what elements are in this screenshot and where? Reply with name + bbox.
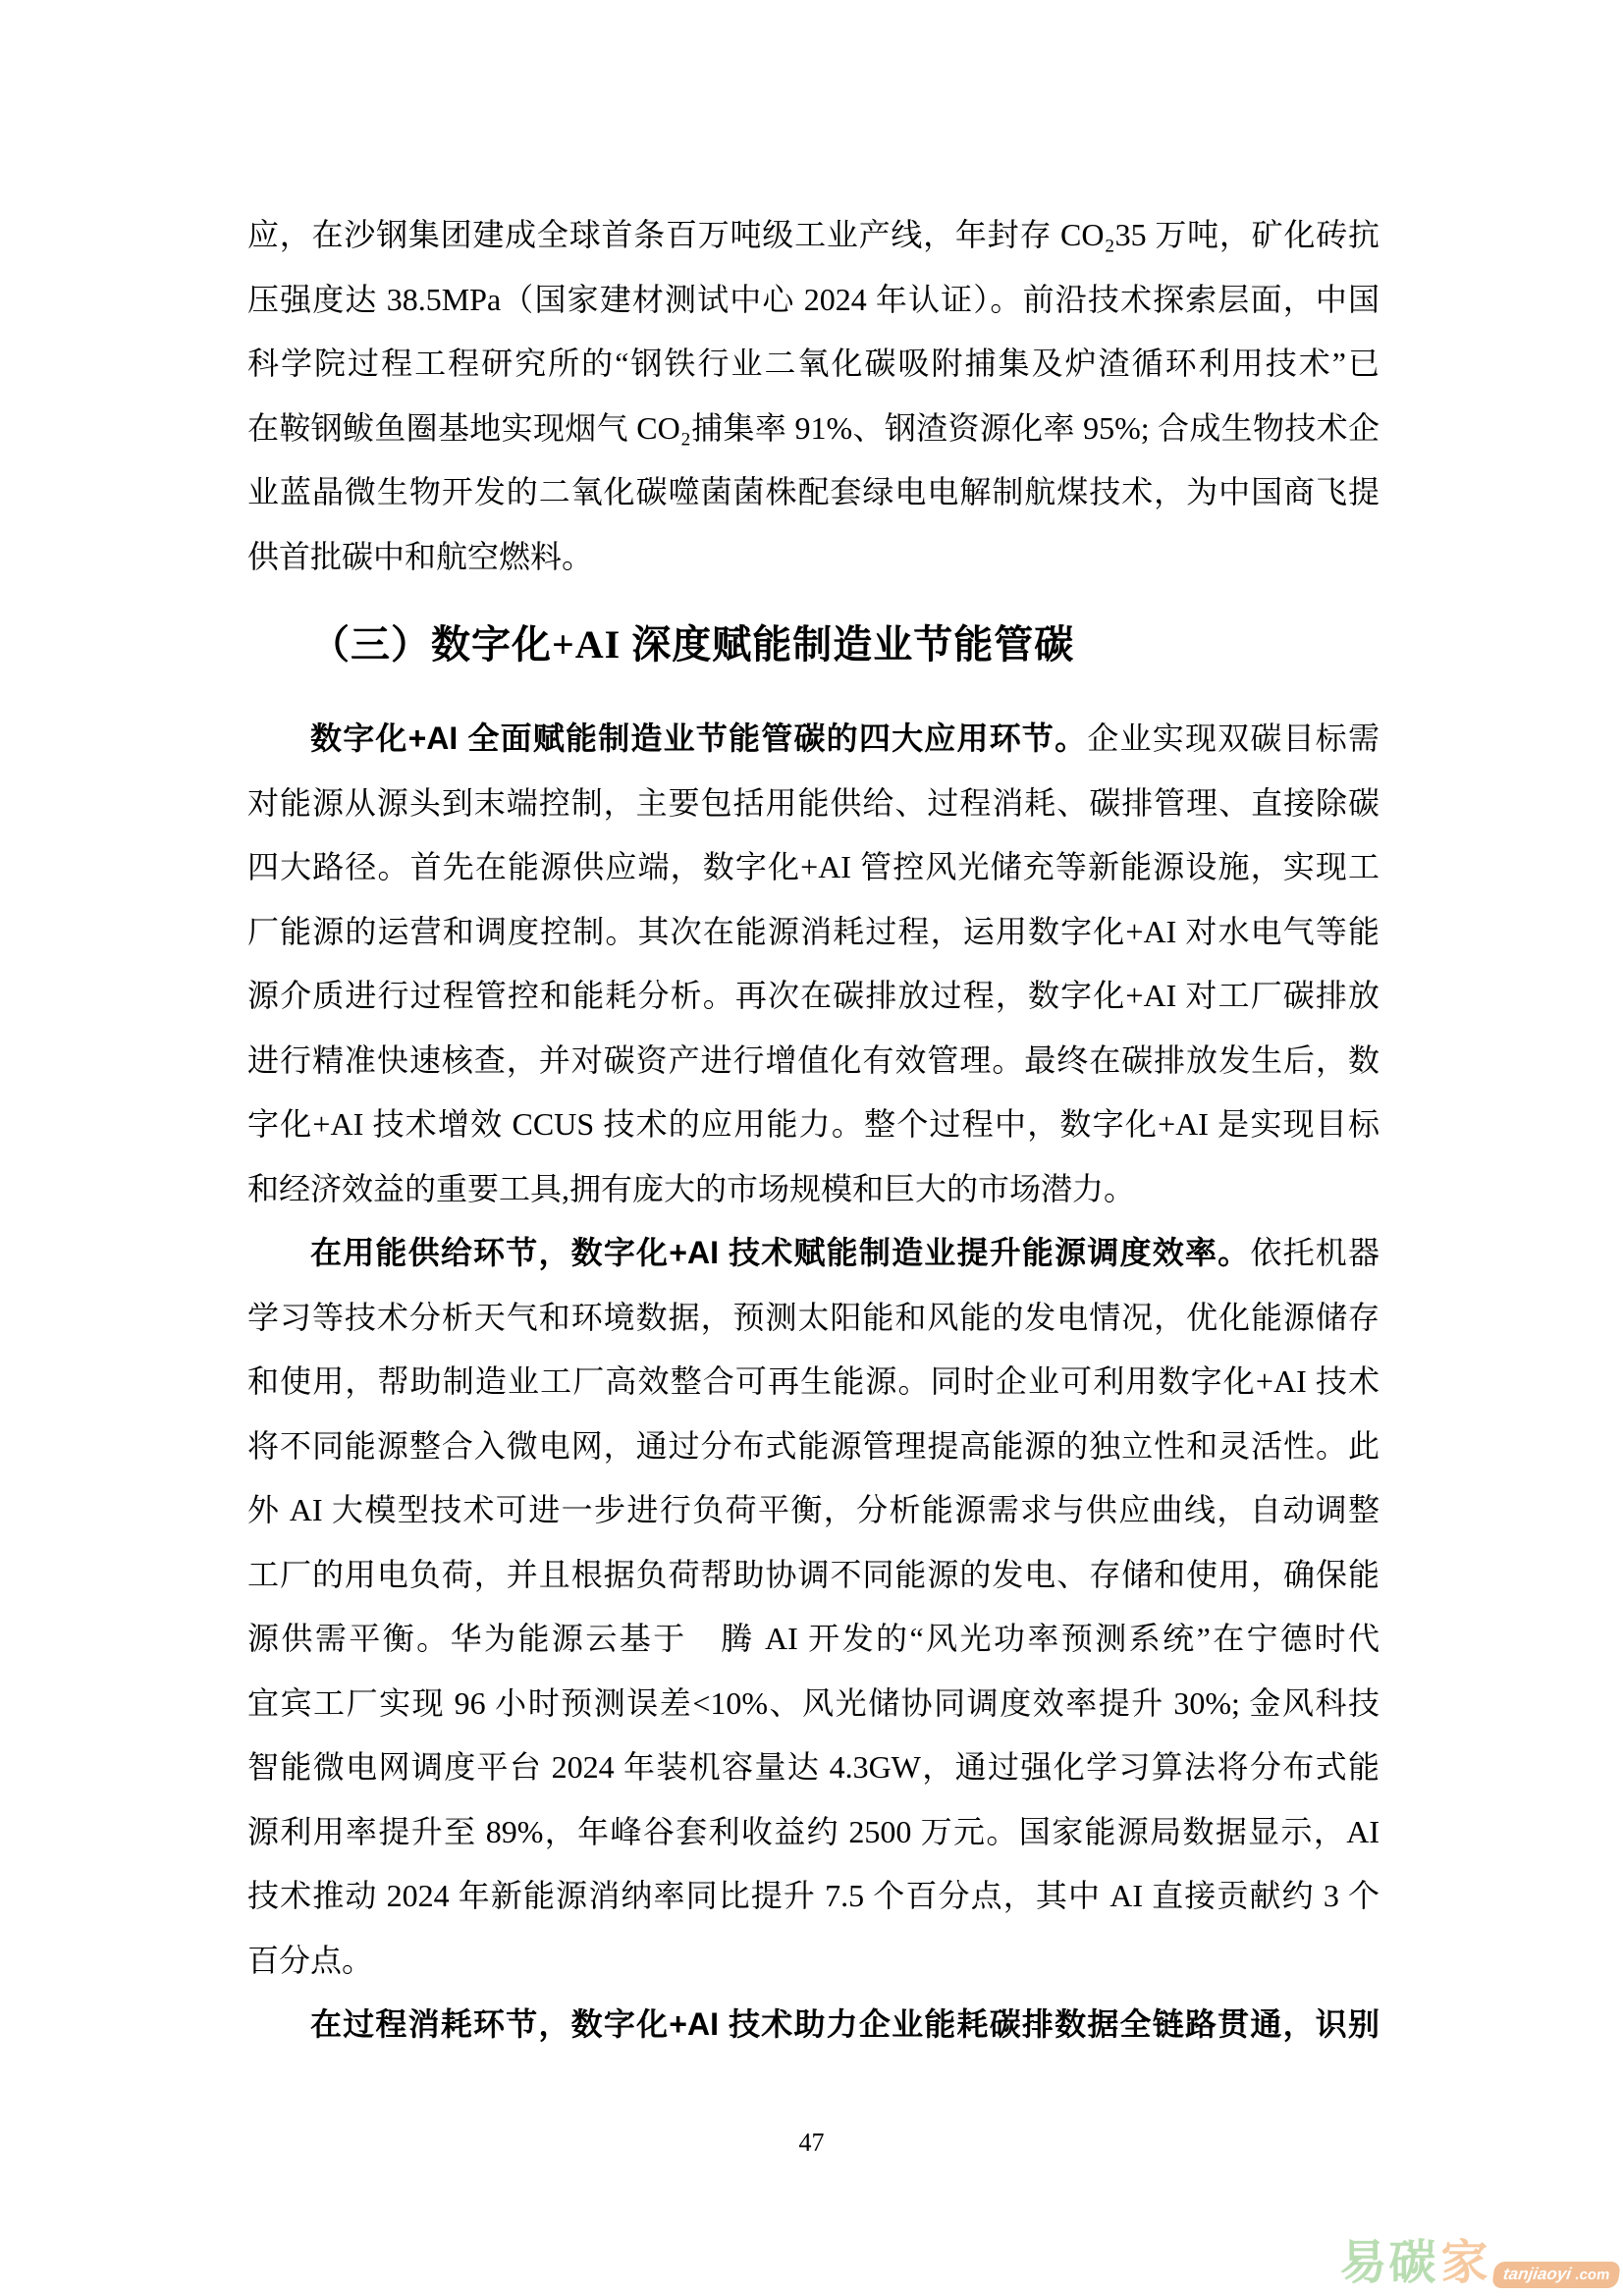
text-line: 压强度达 38.5MPa（国家建材测试中心 2024 年认证）。前沿技术探索层面… — [247, 268, 1380, 333]
text-line: 四大路径。首先在能源供应端，数字化+AI 管控风光储充等新能源设施，实现工 — [247, 835, 1380, 900]
paragraph-2: 数字化+AI 全面赋能制造业节能管碳的四大应用环节。企业实现双碳目标需 对能源从… — [247, 707, 1380, 1221]
text-line: 学习等技术分析天气和环境数据，预测太阳能和风能的发电情况，优化能源储存 — [247, 1286, 1380, 1351]
text-line: 厂能源的运营和调度控制。其次在能源消耗过程，运用数字化+AI 对水电气等能 — [247, 900, 1380, 965]
text-line: 外 AI 大模型技术可进一步进行负荷平衡，分析能源需求与供应曲线，自动调整 — [247, 1478, 1380, 1543]
watermark-tld: .com — [1574, 2267, 1610, 2283]
page-number: 47 — [0, 2128, 1623, 2158]
text-line: 在用能供给环节，数字化+AI 技术赋能制造业提升能源调度效率。依托机器 — [247, 1221, 1380, 1286]
text-line: 源利用率提升至 89%，年峰谷套利收益约 2500 万元。国家能源局数据显示，A… — [247, 1800, 1380, 1865]
text-line: 技术推动 2024 年新能源消纳率同比提升 7.5 个百分点，其中 AI 直接贡… — [247, 1864, 1380, 1929]
page-content: 应，在沙钢集团建成全球首条百万吨级工业产线，年封存 CO₂35 万吨，矿化砖抗 … — [247, 203, 1380, 2057]
text-line: 将不同能源整合入微电网，通过分布式能源管理提高能源的独立性和灵活性。此 — [247, 1415, 1380, 1479]
text-line: 在鞍钢鲅鱼圈基地实现烟气 CO₂捕集率 91%、钢渣资源化率 95%; 合成生物… — [247, 397, 1380, 461]
text-line: 供首批碳中和航空燃料。 — [247, 525, 1380, 590]
paragraph-3: 在用能供给环节，数字化+AI 技术赋能制造业提升能源调度效率。依托机器 学习等技… — [247, 1221, 1380, 1993]
text-line: 数字化+AI 全面赋能制造业节能管碳的四大应用环节。企业实现双碳目标需 — [247, 707, 1380, 772]
watermark-domain: tanjiaoyi — [1501, 2265, 1572, 2283]
text-line: 业蓝晶微生物开发的二氧化碳噬菌菌株配套绿电电解制航煤技术，为中国商飞提 — [247, 460, 1380, 525]
text-line: 对能源从源头到末端控制，主要包括用能供给、过程消耗、碳排管理、直接除碳 — [247, 772, 1380, 836]
section-heading: （三）数字化+AI 深度赋能制造业节能管碳 — [247, 611, 1380, 679]
text-line: 科学院过程工程研究所的“钢铁行业二氧化碳吸附捕集及炉渣循环利用技术”已 — [247, 332, 1380, 397]
watermark-orange-text: 家 — [1441, 2239, 1490, 2288]
watermark-logo: 易碳 家 tanjiaoyi .com — [1340, 2239, 1619, 2288]
paragraph-4: 在过程消耗环节，数字化+AI 技术助力企业能耗碳排数据全链路贯通，识别 — [247, 1993, 1380, 2057]
text-line: 工厂的用电负荷，并且根据负荷帮助协调不同能源的发电、存储和使用，确保能 — [247, 1543, 1380, 1608]
paragraph-1: 应，在沙钢集团建成全球首条百万吨级工业产线，年封存 CO₂35 万吨，矿化砖抗 … — [247, 203, 1380, 589]
document-page: 应，在沙钢集团建成全球首条百万吨级工业产线，年封存 CO₂35 万吨，矿化砖抗 … — [0, 0, 1623, 2296]
text-line: 宜宾工厂实现 96 小时预测误差<10%、风光储协同调度效率提升 30%; 金风… — [247, 1672, 1380, 1736]
text-line: 和使用，帮助制造业工厂高效整合可再生能源。同时企业可利用数字化+AI 技术 — [247, 1350, 1380, 1415]
text-line: 在过程消耗环节，数字化+AI 技术助力企业能耗碳排数据全链路贯通，识别 — [247, 1993, 1380, 2057]
text-line: 智能微电网调度平台 2024 年装机容量达 4.3GW，通过强化学习算法将分布式… — [247, 1735, 1380, 1800]
text-line: 应，在沙钢集团建成全球首条百万吨级工业产线，年封存 CO₂35 万吨，矿化砖抗 — [247, 203, 1380, 268]
text-line: 源介质进行过程管控和能耗分析。再次在碳排放过程，数字化+AI 对工厂碳排放 — [247, 964, 1380, 1029]
text-line: 字化+AI 技术增效 CCUS 技术的应用能力。整个过程中，数字化+AI 是实现… — [247, 1093, 1380, 1157]
text-line: 百分点。 — [247, 1929, 1380, 1994]
text-line: 进行精准快速核查，并对碳资产进行增值化有效管理。最终在碳排放发生后，数 — [247, 1029, 1380, 1094]
text-line: 源供需平衡。华为能源云基于 腾 AI 开发的“风光功率预测系统”在宁德时代 — [247, 1607, 1380, 1672]
watermark-domain-badge: tanjiaoyi .com — [1491, 2262, 1621, 2288]
watermark-green-text: 易碳 — [1340, 2239, 1438, 2288]
text-line: 和经济效益的重要工具,拥有庞大的市场规模和巨大的市场潜力。 — [247, 1157, 1380, 1222]
